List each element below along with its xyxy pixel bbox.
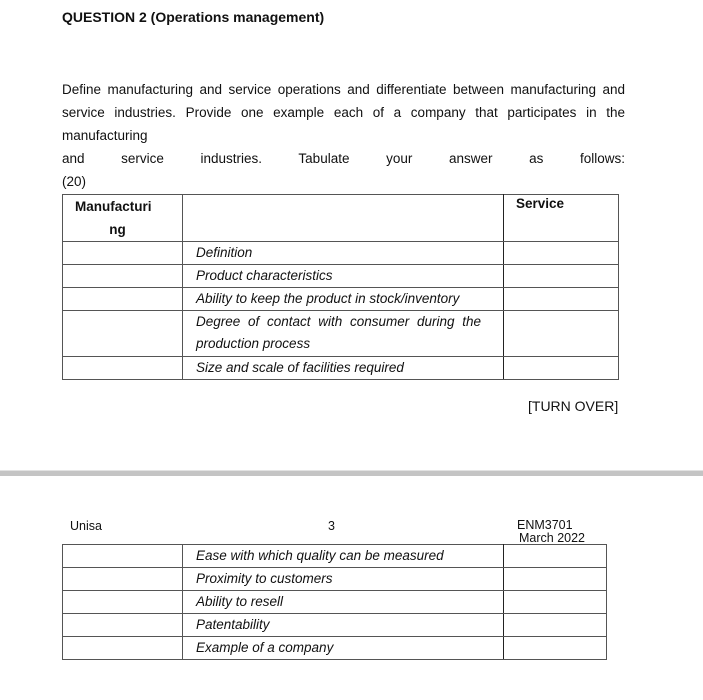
- criterion-label: Patentability: [183, 614, 504, 637]
- manufacturing-cell[interactable]: [63, 265, 183, 288]
- comparison-table-page1: Manufacturi ng Service Definition Produc…: [62, 194, 619, 380]
- table-row: Definition: [63, 242, 619, 265]
- service-cell[interactable]: [504, 568, 607, 591]
- manufacturing-cell[interactable]: [63, 637, 183, 660]
- comparison-table-page2: Ease with which quality can be measured …: [62, 544, 607, 660]
- marks: (20): [62, 170, 625, 193]
- criterion-label: Size and scale of facilities required: [183, 357, 504, 380]
- service-cell[interactable]: [504, 242, 619, 265]
- table-row: Size and scale of facilities required: [63, 357, 619, 380]
- manufacturing-cell[interactable]: [63, 591, 183, 614]
- manufacturing-cell[interactable]: [63, 357, 183, 380]
- manufacturing-cell[interactable]: [63, 568, 183, 591]
- page-number: 3: [328, 519, 335, 533]
- page-separator: [0, 470, 703, 476]
- header-manufacturing: Manufacturi ng: [63, 195, 183, 242]
- table-row: Example of a company: [63, 637, 607, 660]
- service-cell[interactable]: [504, 288, 619, 311]
- manufacturing-cell[interactable]: [63, 545, 183, 568]
- table-row: Product characteristics: [63, 265, 619, 288]
- service-cell[interactable]: [504, 545, 607, 568]
- manufacturing-cell[interactable]: [63, 288, 183, 311]
- header-manufacturing-part2: ng: [63, 218, 182, 241]
- table-row: Ease with which quality can be measured: [63, 545, 607, 568]
- header-institution: Unisa: [70, 519, 102, 533]
- criterion-label: Degree of contact with consumer during t…: [183, 311, 504, 357]
- criterion-label: Proximity to customers: [183, 568, 504, 591]
- question-instructions: Define manufacturing and service operati…: [62, 78, 625, 193]
- table-row: Ability to resell: [63, 591, 607, 614]
- question-title: QUESTION 2 (Operations management): [62, 9, 324, 25]
- instructions-line-3: and service industries. Tabulate your an…: [62, 147, 625, 170]
- criterion-label: Example of a company: [183, 637, 504, 660]
- service-cell[interactable]: [504, 357, 619, 380]
- criterion-label: Ease with which quality can be measured: [183, 545, 504, 568]
- instructions-line-2: service industries. Provide one example …: [62, 101, 625, 147]
- manufacturing-cell[interactable]: [63, 242, 183, 265]
- manufacturing-cell[interactable]: [63, 311, 183, 357]
- turn-over-note: [TURN OVER]: [528, 398, 618, 414]
- criterion-label: Definition: [183, 242, 504, 265]
- header-service: Service: [504, 195, 619, 242]
- service-cell[interactable]: [504, 311, 619, 357]
- manufacturing-cell[interactable]: [63, 614, 183, 637]
- criterion-label: Ability to resell: [183, 591, 504, 614]
- instructions-line-1: Define manufacturing and service operati…: [62, 78, 625, 101]
- table-row: Degree of contact with consumer during t…: [63, 311, 619, 357]
- criterion-label-text: Degree of contact with consumer during t…: [196, 311, 503, 355]
- table-row: Patentability: [63, 614, 607, 637]
- header-manufacturing-part1: Manufacturi: [63, 195, 182, 218]
- header-criteria: [183, 195, 504, 242]
- criterion-label: Ability to keep the product in stock/inv…: [183, 288, 504, 311]
- course-info: ENM3701 March 2022: [517, 519, 585, 545]
- table-header-row: Manufacturi ng Service: [63, 195, 619, 242]
- service-cell[interactable]: [504, 637, 607, 660]
- service-cell[interactable]: [504, 591, 607, 614]
- service-cell[interactable]: [504, 614, 607, 637]
- table-row: Ability to keep the product in stock/inv…: [63, 288, 619, 311]
- service-cell[interactable]: [504, 265, 619, 288]
- table-row: Proximity to customers: [63, 568, 607, 591]
- criterion-label: Product characteristics: [183, 265, 504, 288]
